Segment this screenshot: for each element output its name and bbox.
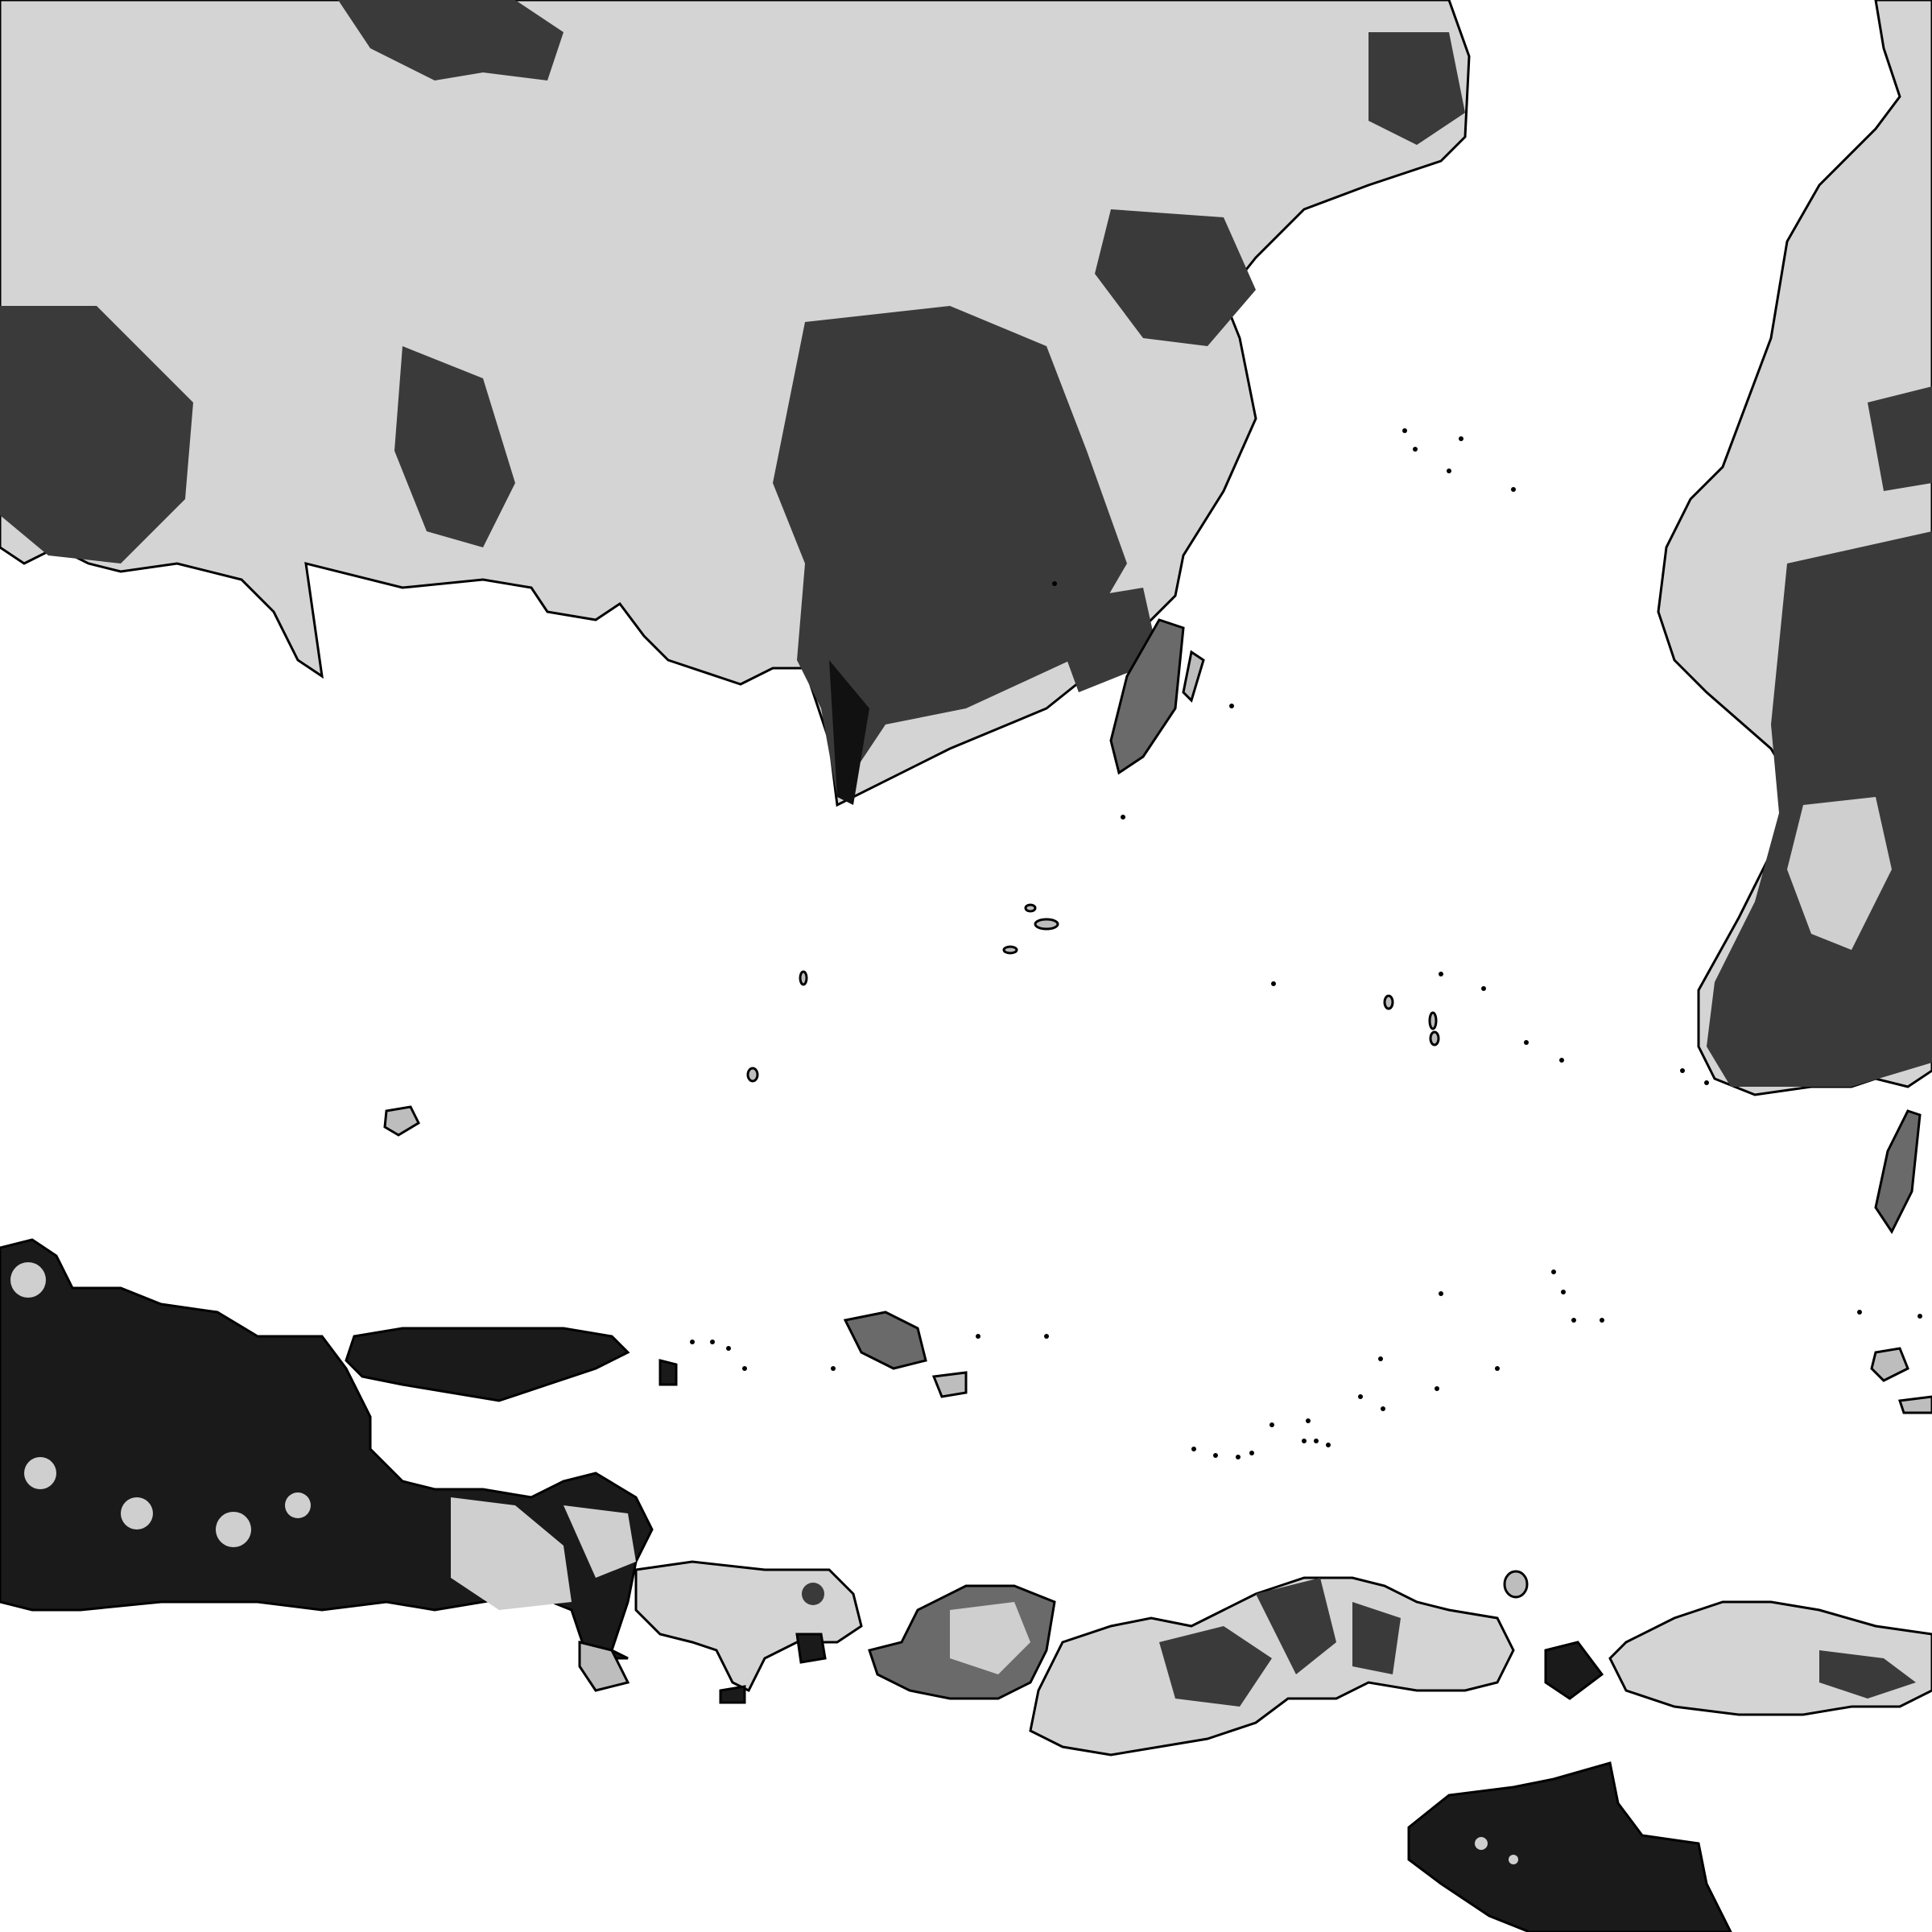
- sangeang-island: [1505, 1571, 1527, 1597]
- small-island-se2: [1900, 1397, 1932, 1413]
- nusa-penida: [797, 1634, 825, 1662]
- madura-islet: [660, 1360, 676, 1385]
- bali-south-islet: [720, 1686, 745, 1703]
- grayscale-map: [0, 0, 1932, 1932]
